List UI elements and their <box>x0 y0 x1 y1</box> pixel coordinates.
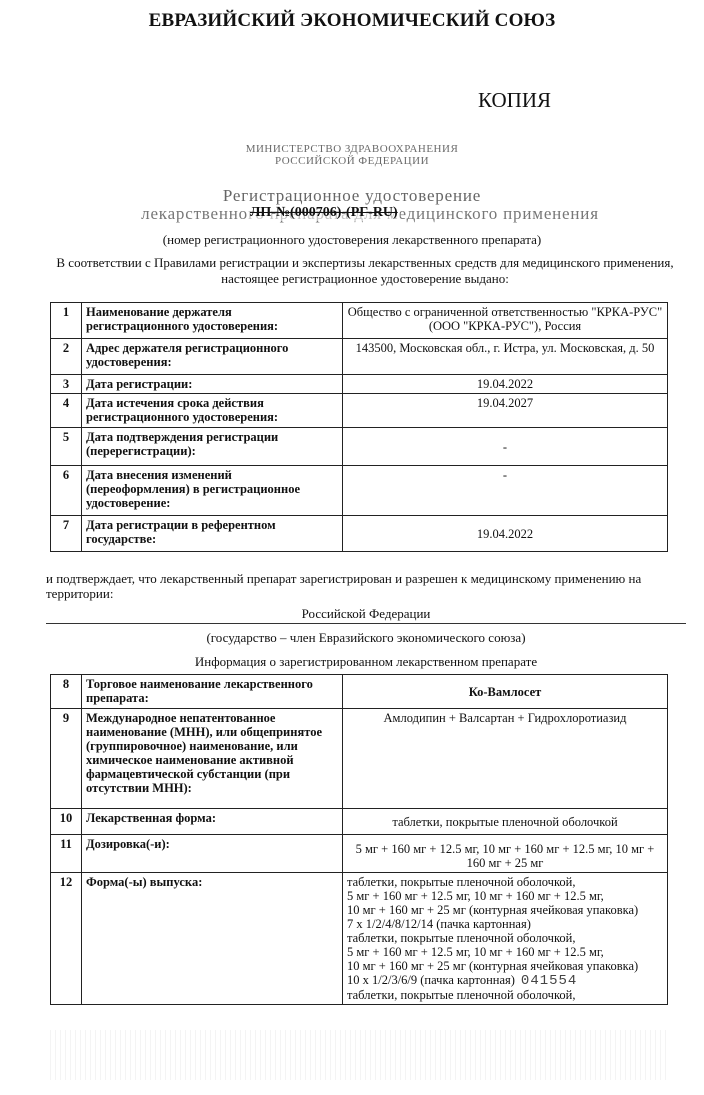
table-row: 3 Дата регистрации: 19.04.2022 <box>51 375 668 394</box>
release-form-line-with-serial: 10 x 1/2/3/6/9 (пачка картонная)041554 <box>347 973 663 988</box>
table-row: 5 Дата подтверждения регистрации (перере… <box>51 428 668 466</box>
row-number: 3 <box>51 375 82 394</box>
ministry-line-1: МИНИСТЕРСТВО ЗДРАВООХРАНЕНИЯ <box>0 143 704 155</box>
release-form-line: таблетки, покрытые пленочной оболочкой, <box>347 988 663 1002</box>
row-number: 10 <box>51 809 82 835</box>
row-number: 6 <box>51 466 82 516</box>
registration-table: 1 Наименование держателя регистрационног… <box>50 302 668 552</box>
release-form-line: 10 x 1/2/3/6/9 (пачка картонная) <box>347 973 515 987</box>
release-form-line: 10 мг + 160 мг + 25 мг (контурная ячейко… <box>347 959 663 973</box>
row-value: Общество с ограниченной ответственностью… <box>343 303 668 339</box>
row-label: Дата истечения срока действия регистраци… <box>82 394 343 428</box>
trade-name: Ко-Вамлосет <box>343 675 668 709</box>
certificate-number: ЛП-№(000706)-(РГ-RU) <box>248 205 400 221</box>
table-row: 2 Адрес держателя регистрационного удост… <box>51 339 668 375</box>
copy-stamp: КОПИЯ <box>478 88 551 113</box>
table-row: 9 Международное непатентованное наименов… <box>51 709 668 809</box>
release-form-line: 10 мг + 160 мг + 25 мг (контурная ячейко… <box>347 903 663 917</box>
release-forms: таблетки, покрытые пленочной оболочкой, … <box>343 873 668 1005</box>
row-label: Дата регистрации в референтном государст… <box>82 516 343 552</box>
row-value: - <box>343 466 668 516</box>
dosages: 5 мг + 160 мг + 12.5 мг, 10 мг + 160 мг … <box>343 835 668 873</box>
ministry-line-2: РОССИЙСКОЙ ФЕДЕРАЦИИ <box>0 155 704 167</box>
dosage-form: таблетки, покрытые пленочной оболочкой <box>343 809 668 835</box>
certificate-number-caption: (номер регистрационного удостоверения ле… <box>0 232 704 248</box>
row-number: 5 <box>51 428 82 466</box>
ministry-name: МИНИСТЕРСТВО ЗДРАВООХРАНЕНИЯ РОССИЙСКОЙ … <box>0 143 704 167</box>
row-label: Лекарственная форма: <box>82 809 343 835</box>
certificate-title: Регистрационное удостоверение <box>0 186 704 206</box>
intro-text: В соответствии с Правилами регистрации и… <box>50 255 680 287</box>
confirmation-text: и подтверждает, что лекарственный препар… <box>46 571 686 601</box>
row-label: Дата подтверждения регистрации (перереги… <box>82 428 343 466</box>
product-info-title: Информация о зарегистрированном лекарств… <box>46 654 686 670</box>
union-title: ЕВРАЗИЙСКИЙ ЭКОНОМИЧЕСКИЙ СОЮЗ <box>0 10 704 32</box>
row-number: 9 <box>51 709 82 809</box>
table-row: 4 Дата истечения срока действия регистра… <box>51 394 668 428</box>
release-form-line: таблетки, покрытые пленочной оболочкой, <box>347 931 663 945</box>
territory-name: Российской Федерации <box>46 606 686 622</box>
scan-noise-decoration <box>50 1030 670 1080</box>
row-number: 11 <box>51 835 82 873</box>
territory-underline <box>46 623 686 624</box>
release-form-line: 5 мг + 160 мг + 12.5 мг, 10 мг + 160 мг … <box>347 889 663 903</box>
row-label: Дата внесения изменений (переоформления)… <box>82 466 343 516</box>
inn-value: Амлодипин + Валсартан + Гидрохлоротиазид <box>343 709 668 809</box>
row-value: 19.04.2022 <box>343 516 668 552</box>
row-number: 2 <box>51 339 82 375</box>
row-number: 12 <box>51 873 82 1005</box>
table-row: 1 Наименование держателя регистрационног… <box>51 303 668 339</box>
row-label: Дата регистрации: <box>82 375 343 394</box>
row-number: 7 <box>51 516 82 552</box>
table-row: 12 Форма(-ы) выпуска: таблетки, покрытые… <box>51 873 668 1005</box>
row-value: 19.04.2027 <box>343 394 668 428</box>
row-label: Дозировка(-и): <box>82 835 343 873</box>
row-label: Международное непатентованное наименован… <box>82 709 343 809</box>
product-table: 8 Торговое наименование лекарственного п… <box>50 674 668 1005</box>
table-row: 8 Торговое наименование лекарственного п… <box>51 675 668 709</box>
table-row: 6 Дата внесения изменений (переоформлени… <box>51 466 668 516</box>
row-label: Наименование держателя регистрационного … <box>82 303 343 339</box>
release-form-line: 5 мг + 160 мг + 12.5 мг, 10 мг + 160 мг … <box>347 945 663 959</box>
release-form-line: таблетки, покрытые пленочной оболочкой, <box>347 875 663 889</box>
table-row: 11 Дозировка(-и): 5 мг + 160 мг + 12.5 м… <box>51 835 668 873</box>
row-number: 4 <box>51 394 82 428</box>
territory-caption: (государство – член Евразийского экономи… <box>46 630 686 646</box>
serial-number: 041554 <box>521 973 577 989</box>
table-row: 10 Лекарственная форма: таблетки, покрыт… <box>51 809 668 835</box>
row-value: - <box>343 428 668 466</box>
row-number: 8 <box>51 675 82 709</box>
table-row: 7 Дата регистрации в референтном государ… <box>51 516 668 552</box>
row-label: Адрес держателя регистрационного удостов… <box>82 339 343 375</box>
row-label: Форма(-ы) выпуска: <box>82 873 343 1005</box>
row-number: 1 <box>51 303 82 339</box>
row-value: 19.04.2022 <box>343 375 668 394</box>
release-form-line: 7 x 1/2/4/8/12/14 (пачка картонная) <box>347 917 663 931</box>
row-label: Торговое наименование лекарственного пре… <box>82 675 343 709</box>
row-value: 143500, Московская обл., г. Истра, ул. М… <box>343 339 668 375</box>
